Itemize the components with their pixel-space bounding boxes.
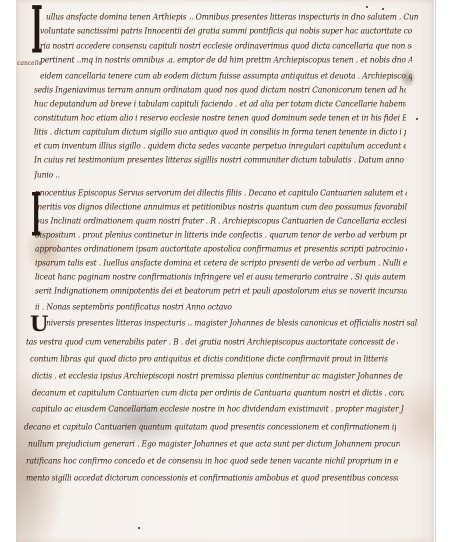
text-line: eidem cancellaria tenere cum ab eodem di… [40,70,412,80]
text-line: mento sigilli accedat dictorum concessio… [26,472,398,482]
text-line: litis . dictum capitulum dictum sigillo … [34,126,406,136]
text-line: serit Indignationem omnipotentis dei et … [35,285,407,295]
text-line: ipsarum talis est . Iuellus ansfacte dom… [35,257,407,267]
text-line: ullus ansfacte domina tenen Arthiepis ..… [46,11,418,21]
text-line: dispositum . prout plenius continetur in… [35,229,407,239]
text-line: decanum et capitulum Cantuarien cum dict… [32,387,404,397]
ink-speck [138,527,140,529]
text-line: nnocentius Episcopus Servus servorum dei… [35,187,407,197]
ink-speck [416,118,418,120]
text-line: bus Inclinati ordinationem quam nostri f… [35,215,407,225]
text-line: liceat hanc paginam nostre confirmationi… [35,271,407,281]
text-line: Junio .. [34,169,406,179]
text-line: et cum inventum illius sigillo . quidem … [34,140,406,150]
ink-speck [366,6,368,8]
ink-speck [382,8,384,10]
text-line: huc deputandum ad breve i tabulam capitu… [34,98,406,108]
margin-note: cancello [17,60,42,67]
text-line: capitulo ac eiusdem Cancellariam ecclesi… [32,403,404,413]
text-line: tas vestra quod cum venerabilis pater . … [26,336,398,346]
text-line: meritis vos dignos dilectione annuimus e… [35,201,407,211]
text-line: decano et capitulo Cantuarien quantum qu… [24,421,396,431]
text-line: dictis . et ecclesia ipsius Archiepiscop… [32,370,404,380]
text-line: In cuius rei testimonium presentes litte… [34,154,406,164]
text-line: ratificans hoc confirmo concedo et de co… [26,455,398,465]
page-fold-edge [435,0,436,542]
text-line: constitutum hoc etiam alio i reservo ecc… [34,112,406,122]
text-line: ii . Nonas septembris pontificatus nostr… [35,301,407,311]
text-line: nullum prejudicium generari . Ego magist… [28,438,400,448]
text-line: sedis Ingeniavimus terram annum ordinata… [34,84,406,94]
text-line: voluntate sanctissimi patris Innocentii … [40,25,412,35]
text-line: niversis presentes litteras inspecturis … [46,317,418,327]
text-line: contum libras qui quod dicto pro antiqui… [30,353,402,363]
text-line: ria nostri accedere consensu capituli no… [40,40,412,50]
text-line: approbantes ordinationem ipsam auctorita… [35,243,407,253]
text-line: pertinent ..mq in nostris omnibus .a. em… [40,54,412,64]
manuscript-page: I cancello ullus ansfacte domina tenen A… [16,0,434,542]
